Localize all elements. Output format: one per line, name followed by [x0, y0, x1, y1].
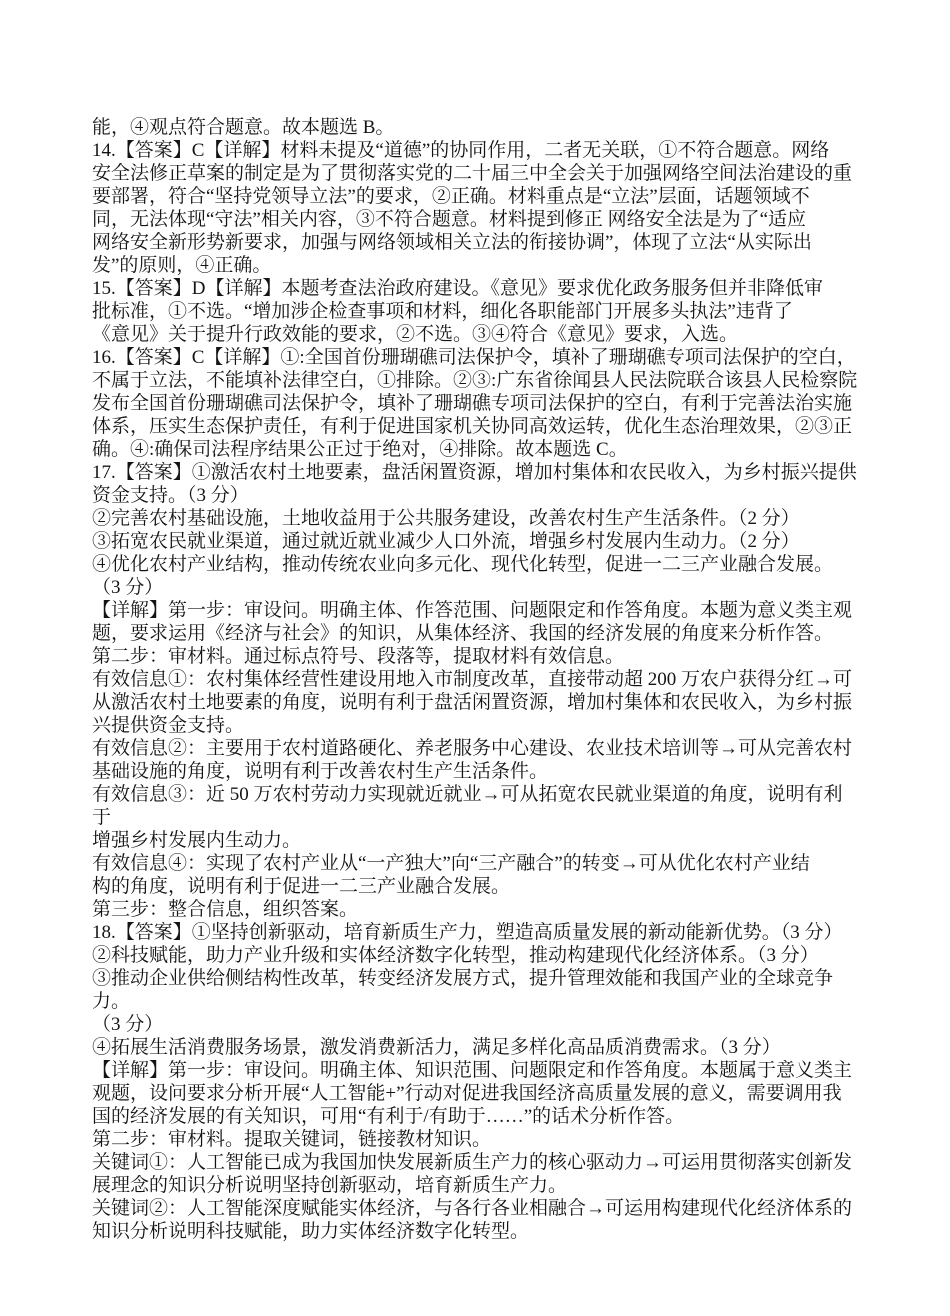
- answer-key-text-block: 能，④观点符合题意。故本题选 B。 14.【答案】C【详解】材料未提及“道德”的…: [92, 116, 860, 1243]
- question-16-answer: 16.【答案】C【详解】①:全国首份珊瑚礁司法保护令，填补了珊瑚礁专项司法保护的…: [92, 346, 860, 461]
- question-15-answer: 15.【答案】D【详解】本题考查法治政府建设。《意见》要求优化政务服务但并非降低…: [92, 277, 860, 346]
- question-18-analysis: 【详解】第一步：审设问。明确主体、知识范围、问题限定和作答角度。本题属于意义类主…: [92, 1059, 860, 1243]
- question-17-analysis: 【详解】第一步：审设问。明确主体、作答范围、问题限定和作答角度。本题为意义类主观…: [92, 599, 860, 921]
- document-page: 能，④观点符合题意。故本题选 B。 14.【答案】C【详解】材料未提及“道德”的…: [0, 0, 950, 1316]
- question-17-answer: 17.【答案】①激活农村土地要素，盘活闲置资源，增加村集体和农民收入，为乡村振兴…: [92, 461, 860, 599]
- question-14-answer: 14.【答案】C【详解】材料未提及“道德”的协同作用，二者无关联，①不符合题意。…: [92, 139, 860, 277]
- question-18-answer: 18.【答案】①坚持创新驱动，培育新质生产力，塑造高质量发展的新动能新优势。（3…: [92, 921, 860, 1059]
- question-13-answer-continuation: 能，④观点符合题意。故本题选 B。: [92, 116, 860, 139]
